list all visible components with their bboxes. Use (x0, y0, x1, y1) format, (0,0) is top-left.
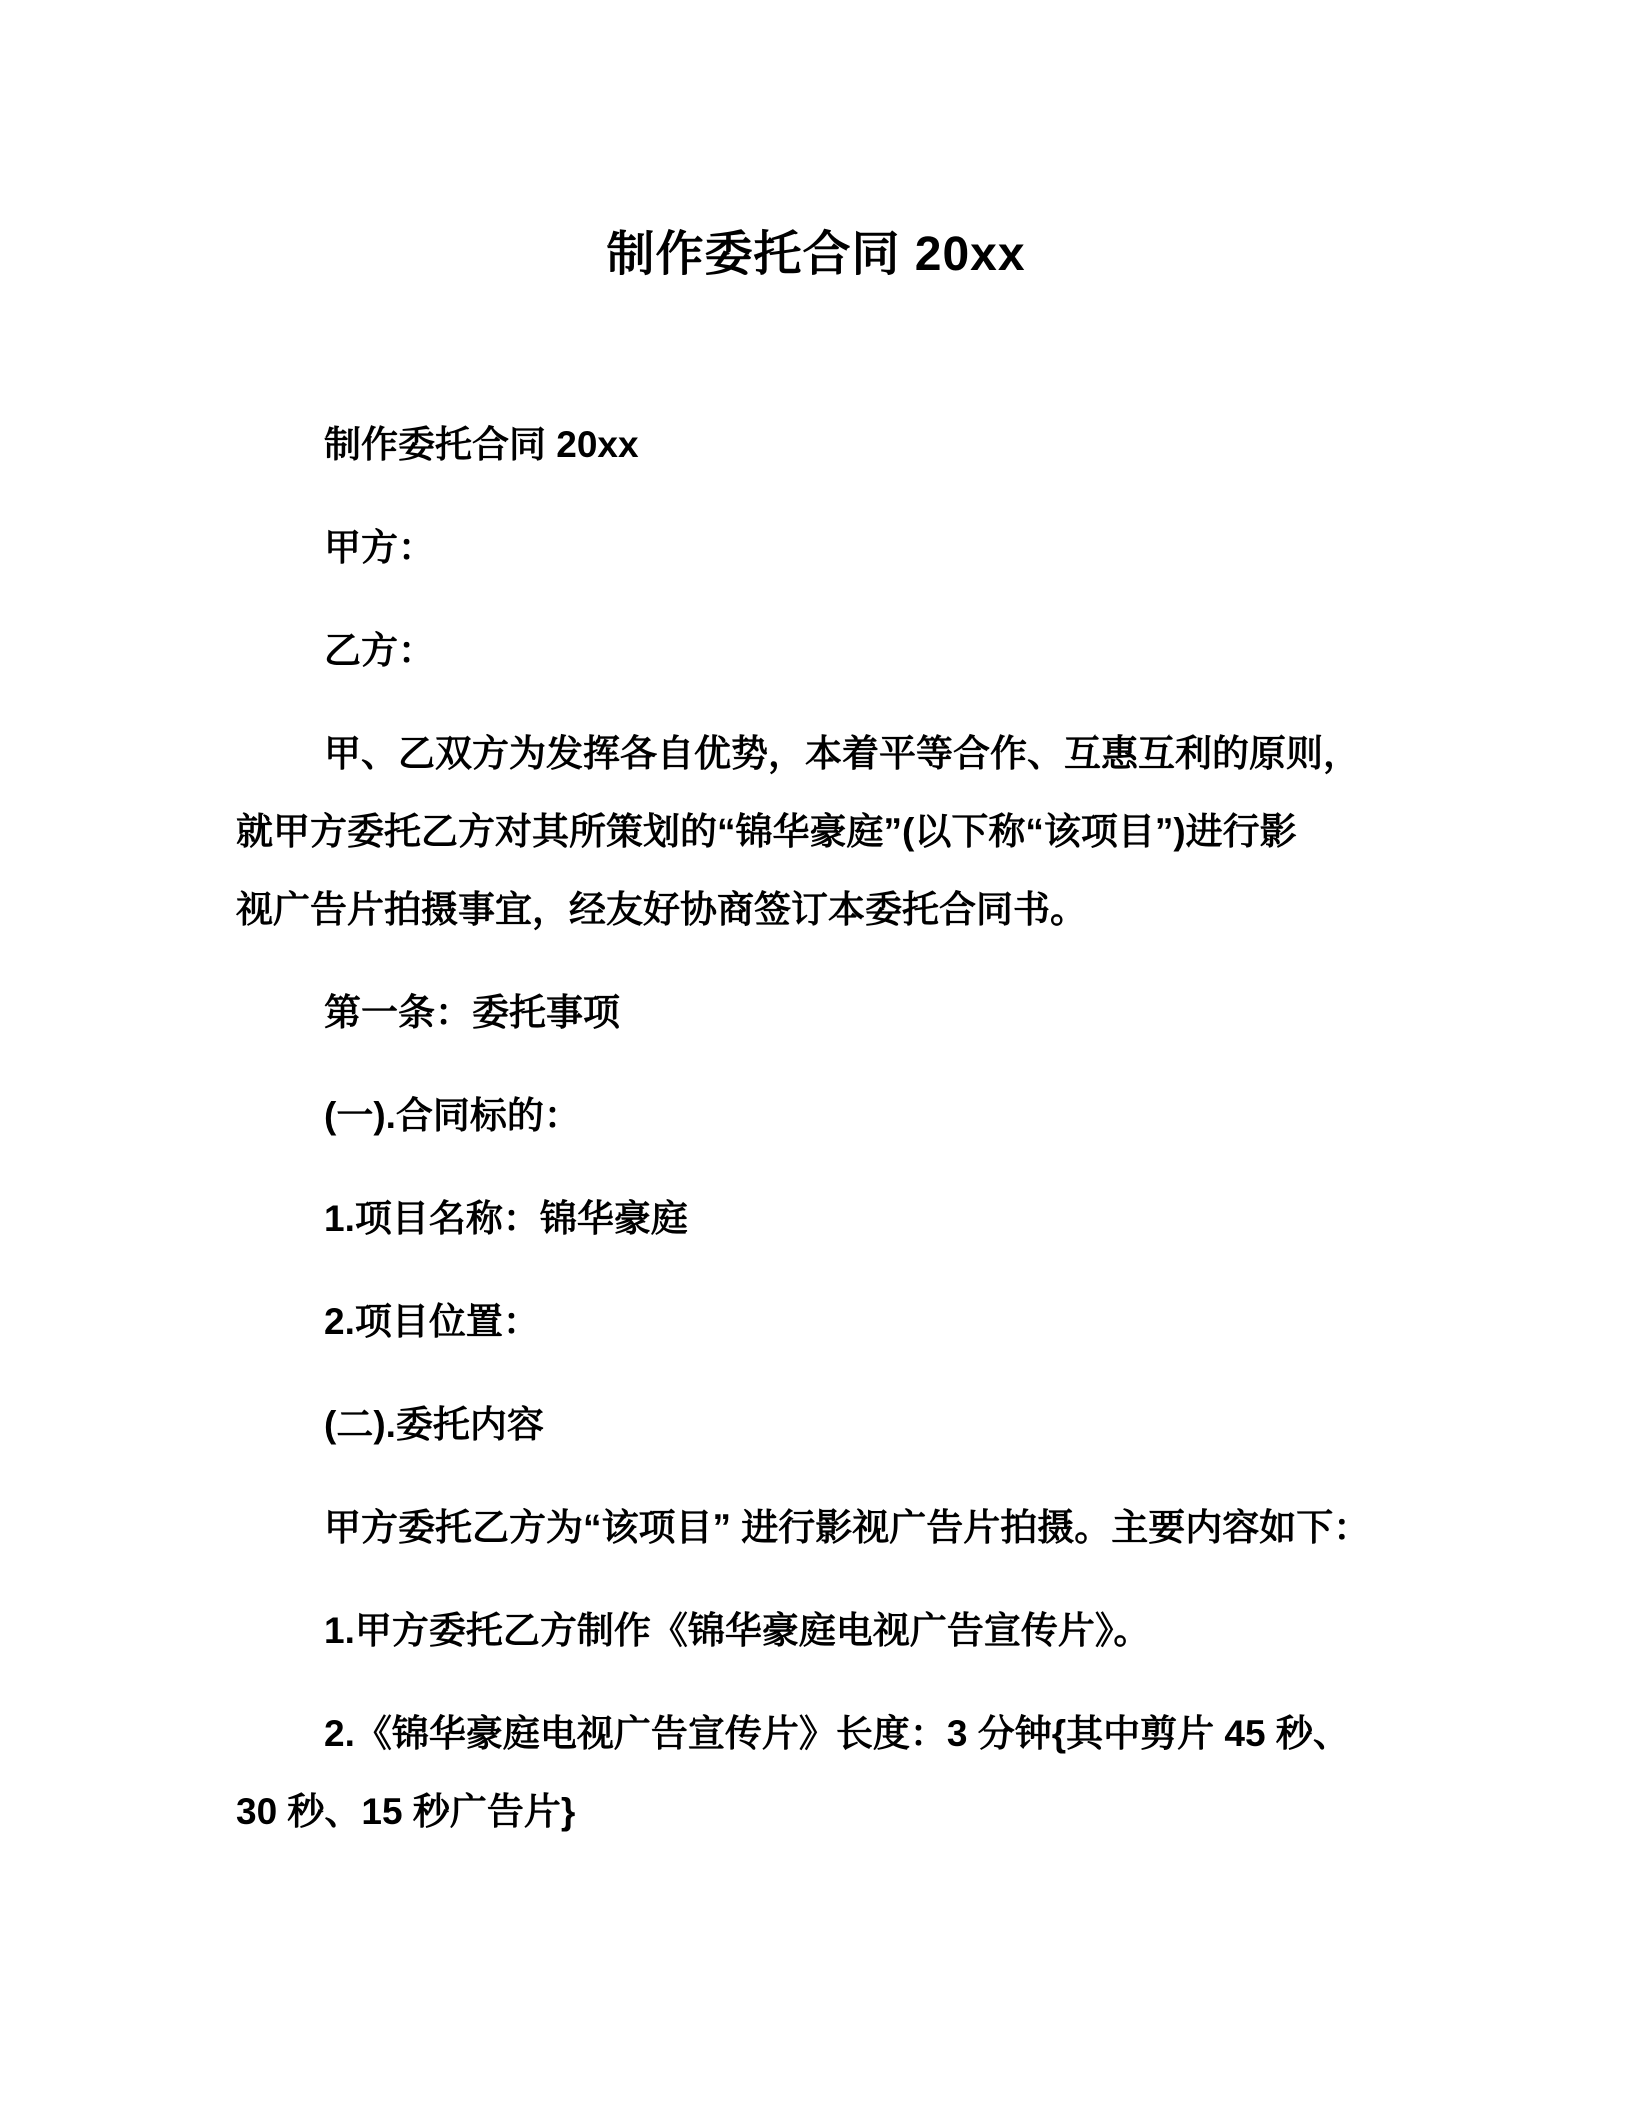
paragraph-article-1-title: 第一条：委托事项 (236, 974, 1396, 1052)
document-title: 制作委托合同 20xx (236, 226, 1396, 284)
paragraph-subtitle: 制作委托合同 20xx (236, 406, 1396, 484)
contract-document-page: 制作委托合同 20xx 制作委托合同 20xx 甲方： 乙方： 甲、乙双方为发挥… (0, 0, 1632, 2112)
document-body: 制作委托合同 20xx 甲方： 乙方： 甲、乙双方为发挥各自优势，本着平等合作、… (236, 406, 1396, 1851)
paragraph-section-1: (一).合同标的： (236, 1077, 1396, 1155)
paragraph-project-name: 1.项目名称：锦华豪庭 (236, 1180, 1396, 1258)
paragraph-preamble: 甲、乙双方为发挥各自优势，本着平等合作、互惠互利的原则， 就甲方委托乙方对其所策… (236, 715, 1396, 949)
paragraph-commission-item-1: 1.甲方委托乙方制作《锦华豪庭电视广告宣传片》。 (236, 1592, 1396, 1670)
paragraph-party-a: 甲方： (236, 509, 1396, 587)
paragraph-section-2: (二).委托内容 (236, 1386, 1396, 1464)
paragraph-project-location: 2.项目位置： (236, 1283, 1396, 1361)
paragraph-party-b: 乙方： (236, 612, 1396, 690)
paragraph-commission-item-2: 2.《锦华豪庭电视广告宣传片》长度：3 分钟{其中剪片 45 秒、 30 秒、1… (236, 1695, 1396, 1851)
paragraph-commission-intro: 甲方委托乙方为“该项目” 进行影视广告片拍摄。主要内容如下： (236, 1489, 1396, 1567)
